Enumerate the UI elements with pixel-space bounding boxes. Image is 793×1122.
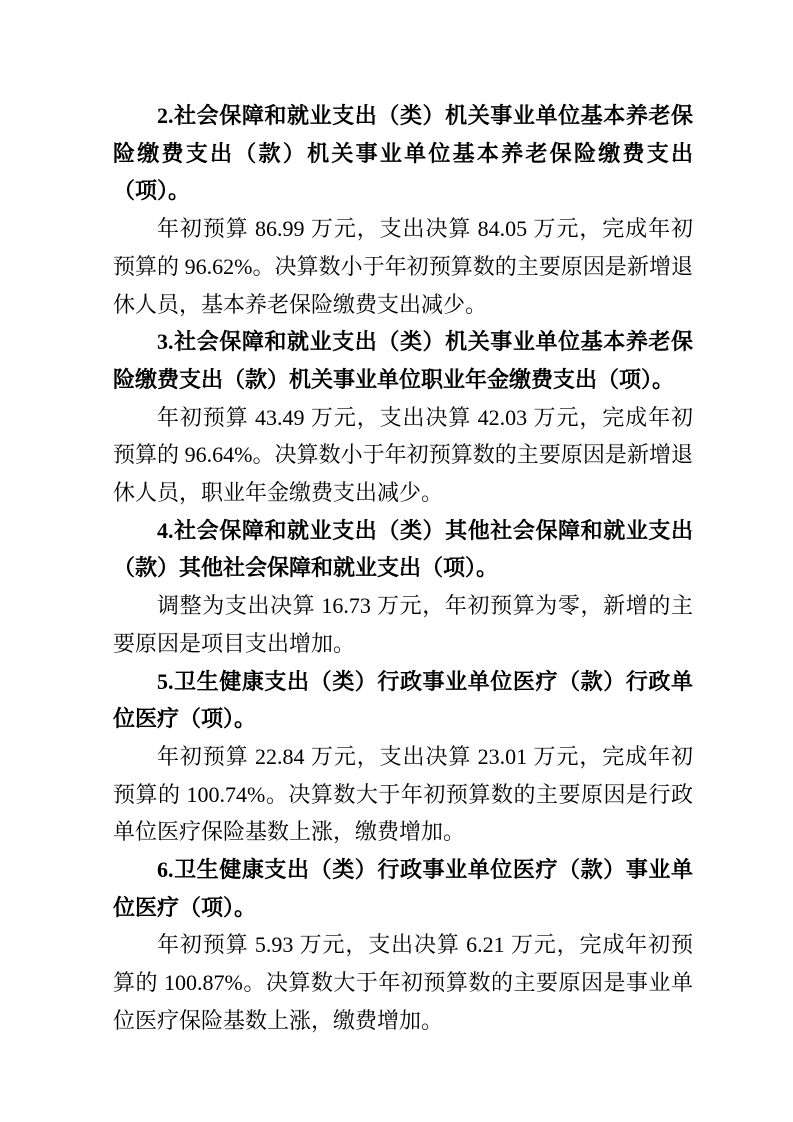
section-heading: 5.卫生健康支出（类）行政事业单位医疗（款）行政单位医疗（项）。 bbox=[113, 663, 693, 738]
section-paragraph: 年初预算 86.99 万元，支出决算 84.05 万元，完成年初预算的 96.6… bbox=[113, 210, 693, 323]
document-page: 2.社会保障和就业支出（类）机关事业单位基本养老保险缴费支出（款）机关事业单位基… bbox=[0, 0, 793, 1122]
document-content: 2.社会保障和就业支出（类）机关事业单位基本养老保险缴费支出（款）机关事业单位基… bbox=[113, 97, 693, 1040]
section-heading: 2.社会保障和就业支出（类）机关事业单位基本养老保险缴费支出（款）机关事业单位基… bbox=[113, 97, 693, 210]
section-heading: 4.社会保障和就业支出（类）其他社会保障和就业支出（款）其他社会保障和就业支出（… bbox=[113, 512, 693, 587]
section-heading: 6.卫生健康支出（类）行政事业单位医疗（款）事业单位医疗（项）。 bbox=[113, 851, 693, 926]
section-paragraph: 年初预算 22.84 万元，支出决算 23.01 万元，完成年初预算的 100.… bbox=[113, 738, 693, 851]
section-paragraph: 调整为支出决算 16.73 万元，年初预算为零，新增的主要原因是项目支出增加。 bbox=[113, 587, 693, 662]
section-paragraph: 年初预算 5.93 万元，支出决算 6.21 万元，完成年初预算的 100.87… bbox=[113, 926, 693, 1039]
section-paragraph: 年初预算 43.49 万元，支出决算 42.03 万元，完成年初预算的 96.6… bbox=[113, 399, 693, 512]
section-heading: 3.社会保障和就业支出（类）机关事业单位基本养老保险缴费支出（款）机关事业单位职… bbox=[113, 323, 693, 398]
